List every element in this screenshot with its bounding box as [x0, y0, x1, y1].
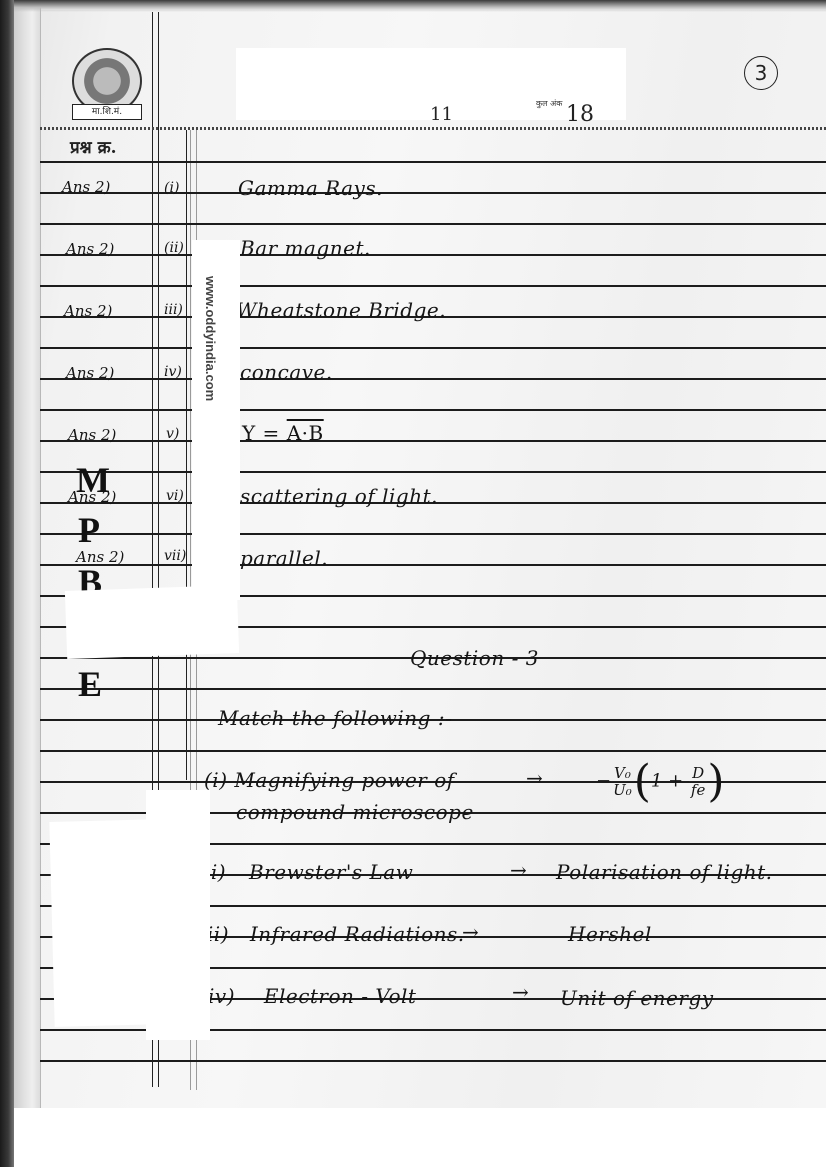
part-number: vi) [166, 488, 184, 504]
answer-logic-expression: Y = A·B [242, 421, 324, 445]
answer-label: Ans 2) [62, 178, 110, 196]
match-left: iv) Electron - Volt [208, 984, 416, 1008]
total-marks-value: 18 [566, 102, 594, 127]
marks-mark: 11 [430, 104, 453, 125]
formula-sign: − [596, 771, 611, 792]
ruled-line [40, 378, 826, 380]
answer-text: parallel. [240, 546, 328, 570]
ruled-line [40, 564, 826, 566]
header-dotted-rule [40, 127, 826, 130]
match-left-text: Infrared Radiations. [250, 922, 465, 946]
expression-overline: A·B [287, 421, 324, 445]
answer-text: Bar magnet. [240, 236, 371, 260]
match-arrow: → [510, 858, 527, 882]
match-left: ii) Brewster's Law [204, 860, 413, 884]
column-line-1 [186, 130, 187, 780]
answer-text: Wheatstone Bridge. [236, 298, 446, 322]
match-left-line2: compound microscope [236, 800, 474, 824]
answer-label: Ans 2) [66, 364, 114, 382]
match-right-text: Polarisation of light. [556, 860, 773, 884]
answer-text: Gamma Rays. [238, 176, 383, 200]
fraction-denominator: U₀ [611, 782, 634, 799]
ruled-line [40, 750, 826, 752]
match-arrow: → [526, 766, 543, 790]
answer-text: scattering of light. [240, 484, 438, 508]
part-number: (ii) [164, 240, 184, 256]
magnifying-power-formula: −V₀U₀(1 + Dfe) [596, 756, 725, 807]
formula-open-paren: ( [634, 756, 651, 807]
page-number-circle: 3 [744, 56, 778, 90]
match-left: (i) Magnifying power of [204, 768, 455, 792]
part-number: iv) [164, 364, 182, 380]
question-number-heading: प्रश्न क्र. [70, 135, 117, 158]
margin-letter: M [76, 462, 110, 498]
logo-caption: मा.शि.मं. [72, 104, 142, 120]
question-3-instruction: Match the following :- [218, 706, 452, 730]
answer-label: Ans 2) [64, 302, 112, 320]
redacted-bottom-margin-strip [146, 790, 210, 1040]
ruled-line [40, 192, 826, 194]
ruled-line [40, 440, 826, 442]
fraction-numerator: D [689, 765, 707, 783]
total-marks-label: कुल अंक [536, 98, 562, 109]
match-left-text: Electron - Volt [264, 984, 417, 1008]
ruled-line [40, 1060, 826, 1062]
watermark-text: www.oddyindia.com [198, 276, 218, 426]
answer-label: Ans 2) [66, 240, 114, 258]
ruled-line [40, 347, 826, 349]
match-left-text: Brewster's Law [249, 860, 413, 884]
match-right-text: Hershel [568, 922, 652, 946]
part-number: vii) [164, 548, 186, 564]
part-number: (i) [204, 768, 228, 792]
ruled-line [40, 409, 826, 411]
part-number: (i) [164, 180, 179, 196]
match-right-text: Unit of energy [560, 986, 714, 1010]
page-fold-margin [14, 0, 41, 1108]
part-number: iii) [164, 302, 183, 318]
redacted-margin-box [65, 585, 239, 659]
ruled-line [40, 471, 826, 473]
fraction-denominator: fe [689, 782, 707, 799]
answer-text: concave. [240, 360, 333, 384]
formula-fraction-2: Dfe [689, 765, 707, 799]
match-arrow: → [462, 920, 479, 944]
formula-close-paren: ) [707, 756, 724, 807]
binding-edge [0, 0, 14, 1167]
fraction-numerator: V₀ [611, 765, 634, 783]
formula-fraction-1: V₀U₀ [611, 765, 634, 799]
ruled-line [40, 533, 826, 535]
answer-label: Ans 2) [68, 426, 116, 444]
page-top-edge [14, 0, 826, 12]
match-arrow: → [512, 980, 529, 1004]
part-number: iv) [208, 984, 235, 1008]
margin-letter: E [78, 666, 102, 702]
question-3-heading: Question - 3 [410, 646, 539, 670]
expression-prefix: Y = [242, 421, 287, 445]
margin-letter: P [78, 512, 100, 548]
ruled-line [40, 688, 826, 690]
formula-one-plus: 1 + [651, 771, 689, 792]
match-left-line1: Magnifying power of [234, 768, 454, 792]
part-number: v) [166, 426, 179, 442]
ruled-line [40, 161, 826, 163]
ruled-line [40, 223, 826, 225]
ruled-line [40, 254, 826, 256]
ruled-line [40, 285, 826, 287]
match-left: iii) Infrared Radiations. [200, 922, 465, 946]
